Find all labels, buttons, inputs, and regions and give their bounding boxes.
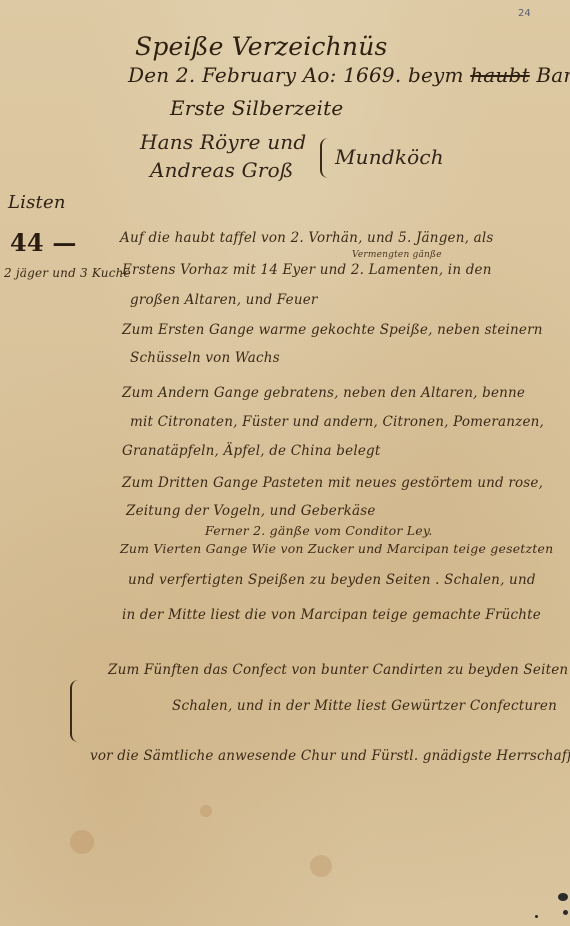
interlinear-note-2: Ferner 2. gänße vom Conditor Ley. — [205, 523, 433, 538]
date-line-struck-word: haubt — [470, 63, 530, 87]
section-heading: Erste Silberzeite — [170, 96, 343, 120]
menu-line-1: Auf die haubt taffel von 2. Vorhän, und … — [120, 230, 494, 246]
interlinear-note-1: Vermengten gänße — [352, 250, 442, 260]
document-title: Speiße Verzeichnüs — [135, 32, 388, 61]
menu-line-14: Zum Fünften das Confect von bunter Candi… — [108, 662, 568, 678]
cook-name-1: Hans Röyre und — [140, 130, 306, 154]
cook-role: Mundköch — [335, 145, 444, 169]
manuscript-page: 24 Speiße Verzeichnüs Den 2. February Ao… — [0, 0, 570, 926]
brace-bracket — [70, 680, 82, 742]
brace-bracket — [320, 138, 330, 178]
margin-count: 44 — — [10, 228, 77, 257]
date-line-prefix: Den 2. February Ao: 1669. beym — [128, 63, 464, 87]
paper-stain — [70, 830, 94, 854]
menu-line-2: Erstens Vorhaz mit 14 Eyer und 2. Lament… — [122, 262, 492, 278]
menu-line-10: Zeitung der Vogeln, und Geberkäse — [126, 503, 376, 519]
date-line-suffix: Banquet. — [536, 63, 570, 87]
margin-note: 2 jäger und 3 Kuche — [4, 266, 131, 280]
date-line: Den 2. February Ao: 1669. beym haubt Ban… — [128, 63, 570, 87]
menu-line-6: Zum Andern Gange gebratens, neben den Al… — [122, 385, 525, 401]
menu-line-13: in der Mitte liest die von Marcipan teig… — [122, 607, 541, 623]
ink-blot — [558, 893, 568, 901]
ink-blot — [563, 910, 568, 915]
menu-line-16: vor die Sämtliche anwesende Chur und Für… — [90, 748, 570, 764]
paper-stain — [200, 805, 212, 817]
folio-number: 24 — [518, 8, 531, 19]
menu-line-9: Zum Dritten Gange Pasteten mit neues ges… — [122, 475, 543, 491]
cook-name-2: Andreas Groß — [150, 158, 293, 182]
menu-line-4: Zum Ersten Gange warme gekochte Speiße, … — [122, 322, 543, 338]
menu-line-5: Schüsseln von Wachs — [130, 350, 280, 366]
menu-line-7: mit Citronaten, Füster und andern, Citro… — [130, 414, 544, 430]
menu-line-11: Zum Vierten Gange Wie von Zucker und Mar… — [120, 541, 553, 556]
menu-line-15: Schalen, und in der Mitte liest Gewürtze… — [172, 698, 557, 714]
paper-stain — [310, 855, 332, 877]
margin-listen-label: Listen — [8, 192, 66, 213]
menu-line-12: und verfertigten Speißen zu beyden Seite… — [128, 572, 536, 588]
menu-line-3: großen Altaren, und Feuer — [130, 292, 318, 308]
ink-blot — [535, 915, 538, 918]
menu-line-8: Granatäpfeln, Äpfel, de China belegt — [122, 443, 381, 459]
